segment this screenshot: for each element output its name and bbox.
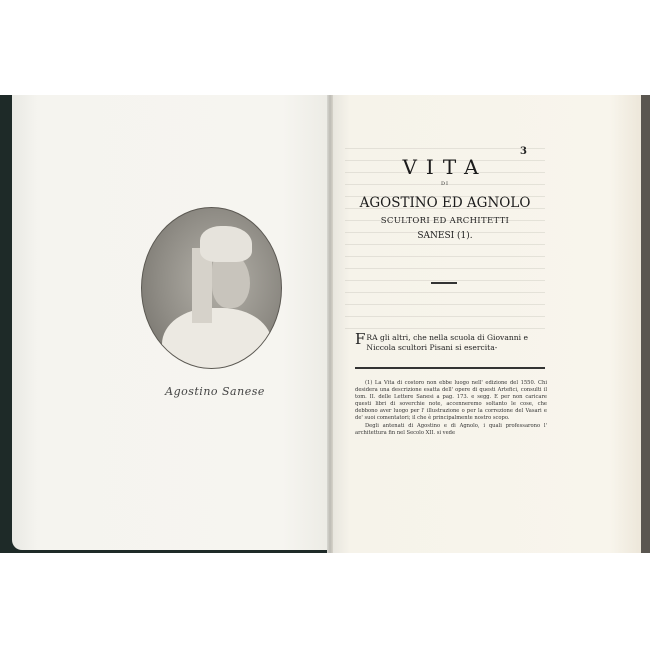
portrait-caption: Agostino Sanese (150, 385, 280, 398)
footnote-block: (1) La Vita di costoro non ebbe luogo ne… (355, 380, 547, 437)
portrait-robe (162, 308, 272, 369)
footnote-2: Degli antenati di Agostino e di Agnolo, … (355, 423, 547, 437)
footnote-divider (355, 367, 545, 369)
portrait-engraving (141, 207, 282, 369)
footnote-1: (1) La Vita di costoro non ebbe luogo ne… (355, 380, 547, 423)
body-text: RA gli altri, che nella scuola di Giovan… (366, 333, 528, 352)
title-main: AGOSTINO ED AGNOLO (345, 195, 545, 211)
title-di: DI (345, 181, 545, 187)
body-paragraph: FRA gli altri, che nella scuola di Giova… (355, 333, 547, 353)
drop-cap: F (355, 333, 365, 345)
title-subtitle: SCULTORI ED ARCHITETTI (345, 216, 545, 226)
title-vita: VITA (345, 155, 545, 179)
book-edge (641, 95, 650, 553)
title-sanesi: SANESI (1). (345, 231, 545, 241)
portrait-turban (200, 226, 252, 262)
title-divider (431, 282, 457, 284)
book-gutter (327, 95, 333, 553)
